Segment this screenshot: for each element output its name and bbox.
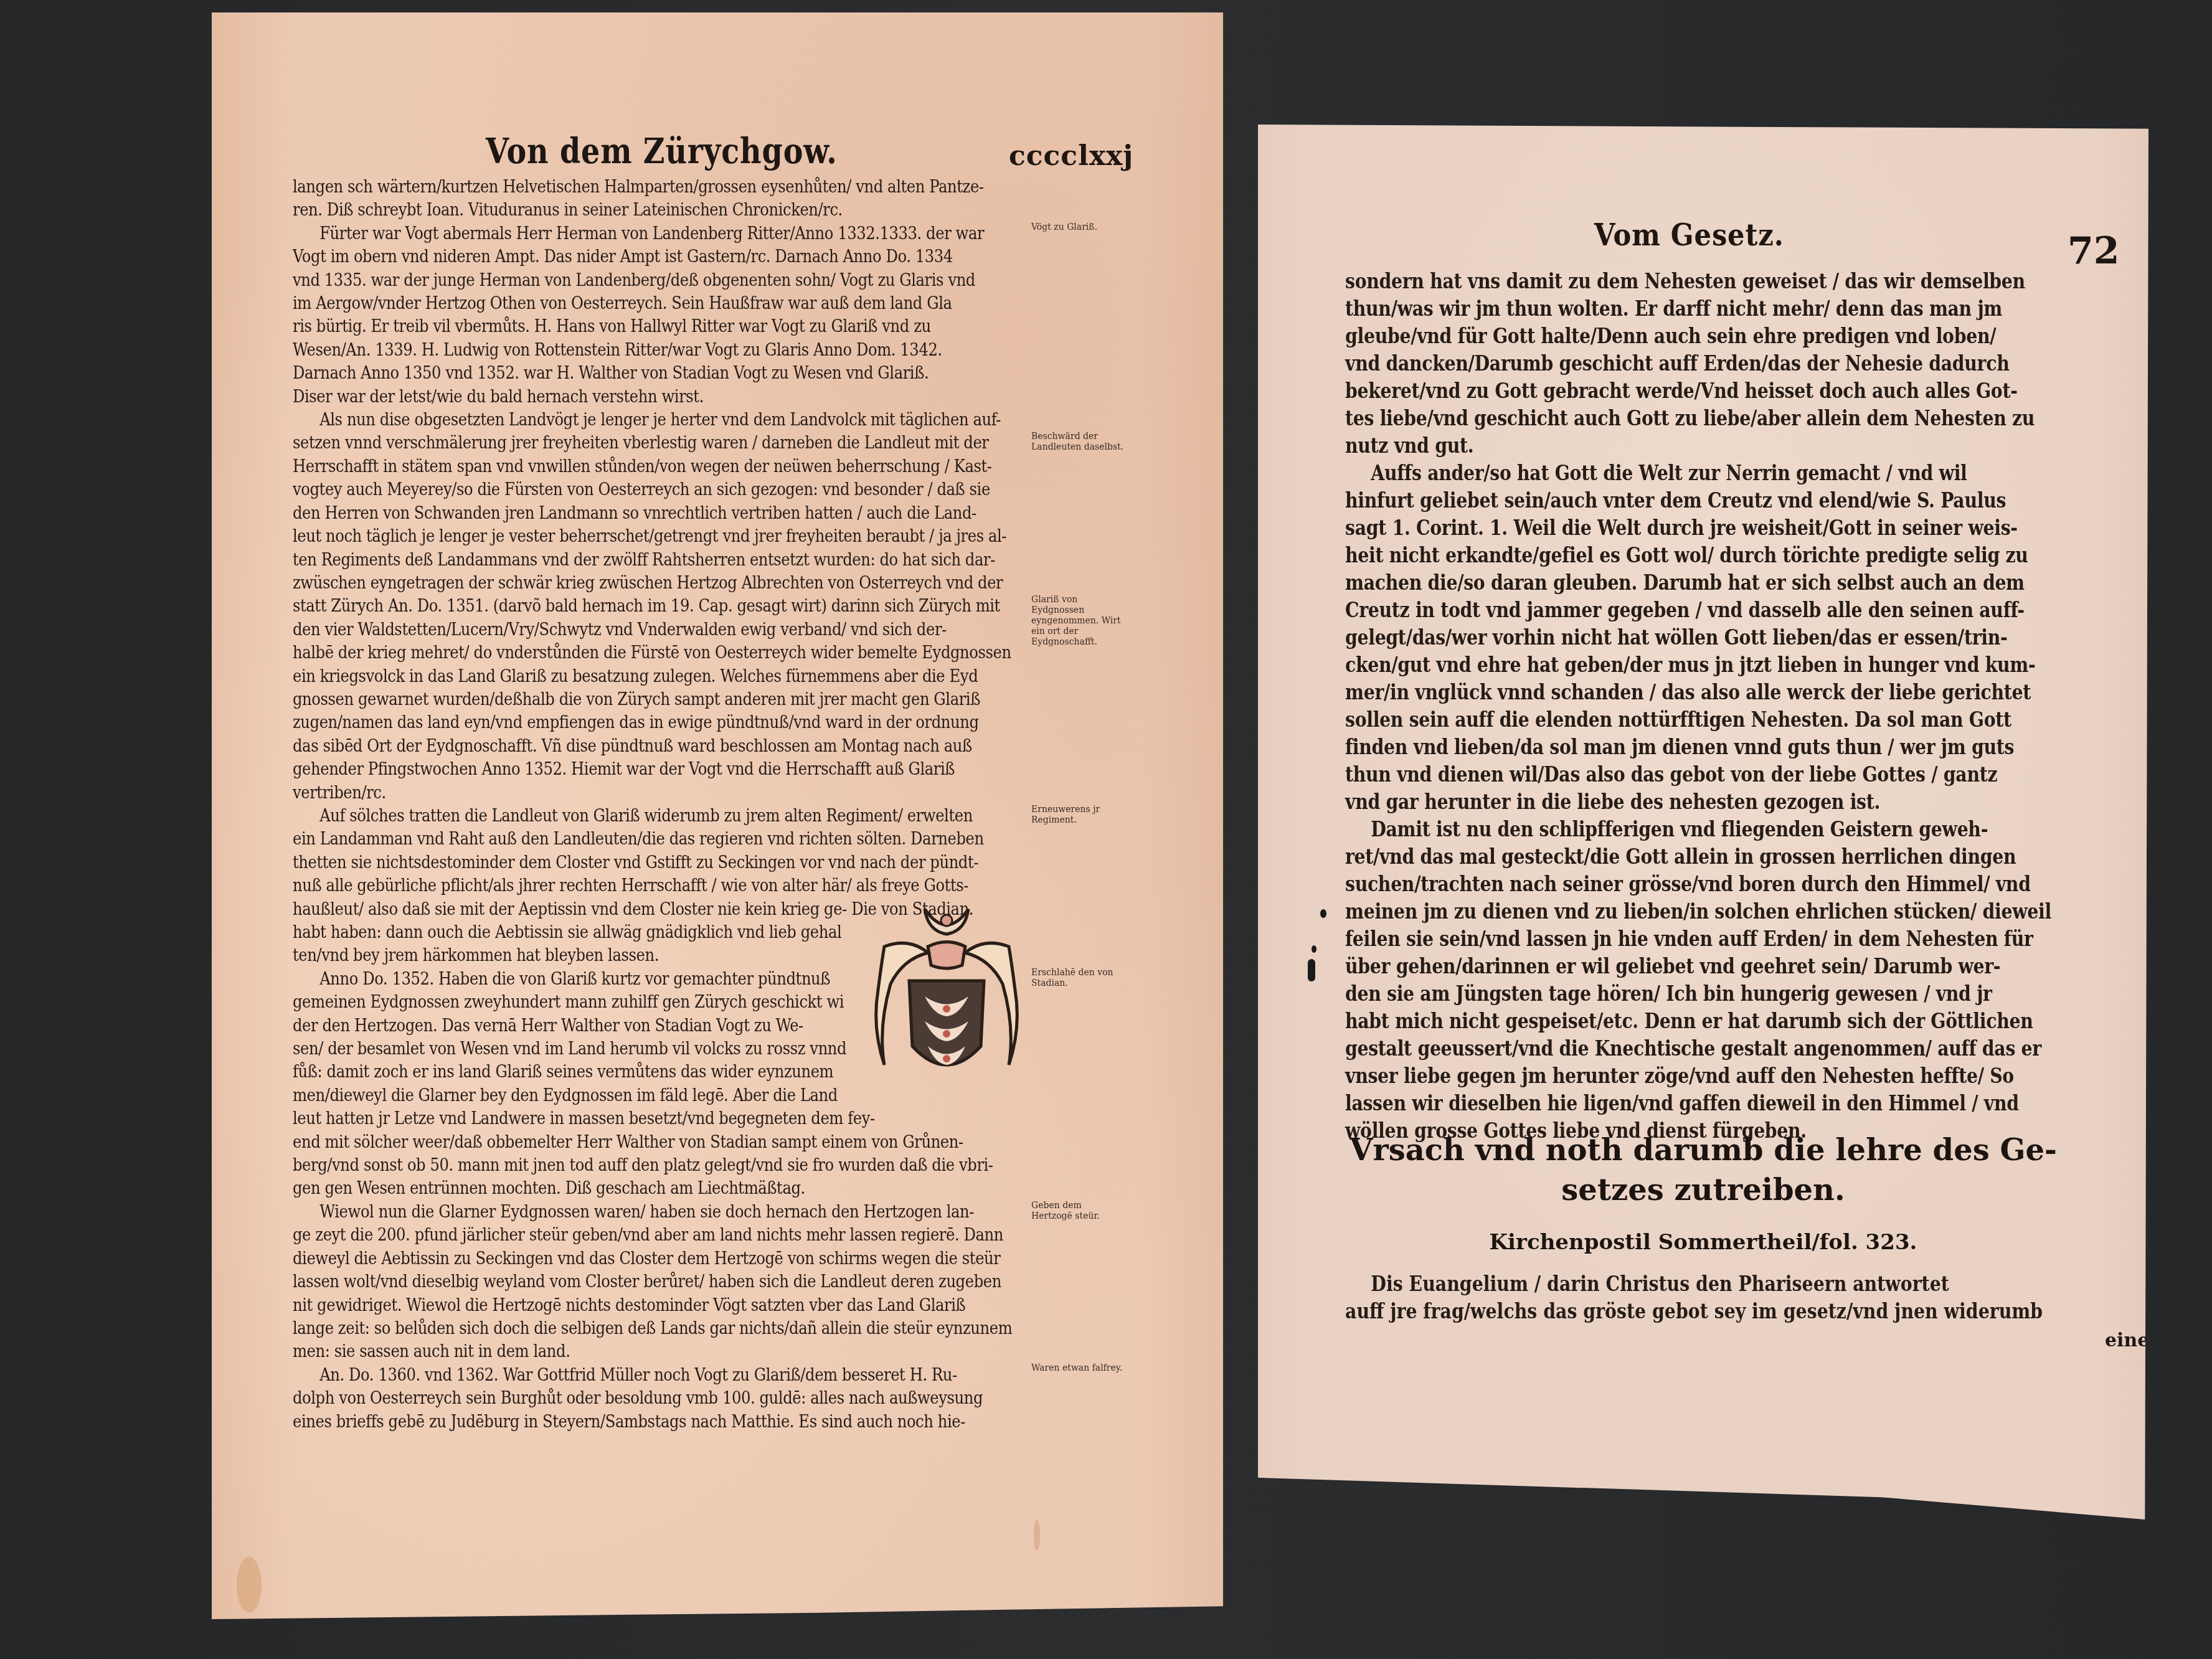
text-line: machen die/so daran gleuben. Darumb hat …	[1345, 569, 2031, 597]
text-line: mer/in vnglück vnnd schanden / das also …	[1345, 679, 2031, 706]
text-line: thun/was wir jm thun wolten. Er darff ni…	[1345, 295, 2031, 323]
folio-number: 72	[2068, 229, 2120, 273]
marginal-note: Beschwärd der Landleuten daselbst.	[1031, 432, 1125, 453]
text-line: An. Do. 1360. vnd 1362. War Gottfrid Mül…	[293, 1364, 1133, 1387]
text-line: ein Landamman vnd Raht auß den Landleute…	[293, 828, 1133, 851]
text-line: leut noch täglich je lenger je vester be…	[293, 525, 1133, 548]
text-line: ein kriegsvolck in das Land Glariß zu be…	[293, 665, 1133, 688]
text-line: bekeret/vnd zu Gott gebracht werde/Vnd h…	[1345, 377, 2031, 405]
marginal-note: Waren etwan falfrey.	[1031, 1363, 1125, 1374]
ink-spot	[1320, 909, 1326, 918]
text-line: den sie am Jüngsten tage hören/ Ich bin …	[1345, 980, 2031, 1008]
text-line: gen gen Wesen entrünnen mochten. Diß ges…	[293, 1177, 1133, 1200]
text-line: lassen wolt/vnd dieselbig weyland vom Cl…	[293, 1270, 1133, 1293]
text-line: den vier Waldstetten/Lucern/Vry/Schwytz …	[293, 618, 1133, 641]
text-line: cken/gut vnd ehre hat geben/der mus jn j…	[1345, 651, 2031, 679]
text-line: ten Regiments deß Landammans vnd der zwö…	[293, 549, 1133, 572]
text-line: gelegt/das/wer vorhin nicht hat wöllen G…	[1345, 624, 2031, 651]
text-line: leut hatten jr Letze vnd Landwere in mas…	[293, 1107, 1133, 1130]
text-line: Damit ist nu den schlipfferigen vnd flie…	[1345, 816, 2031, 843]
section-heading-line: setzes zutreiben.	[1258, 1170, 2148, 1210]
text-line: Fürter war Vogt abermals Herr Herman von…	[293, 222, 1133, 245]
text-line: im Aergow/vnder Hertzog Othen von Oester…	[293, 292, 1133, 315]
section-heading: Vrsach vnd noth darumb die lehre des Ge-…	[1258, 1130, 2148, 1210]
text-line: nuß alle gebürliche pflicht/als jhrer re…	[293, 874, 1133, 897]
text-line: thetten sie nichtsdestominder dem Closte…	[293, 851, 1133, 874]
text-line: Creutz in todt vnd jammer gegeben / vnd …	[1345, 597, 2031, 624]
text-line: dolph von Oesterreych sein Burghůt oder …	[293, 1387, 1133, 1410]
text-line: Auf sölches tratten die Landleut von Gla…	[293, 805, 1133, 828]
text-line: berg/vnd sonst ob 50. mann mit jnen tod …	[293, 1154, 1133, 1177]
text-line: vertriben/rc.	[293, 782, 1133, 805]
text-line: vnd dancken/Darumb geschicht auff Erden/…	[1345, 350, 2031, 377]
text-line: das sibēd Ort der Eydgnoschafft. Vñ dise…	[293, 735, 1133, 758]
right-book-leaf: Vom Gesetz. 72 sondern hat vns damit zu …	[1258, 125, 2148, 1520]
text-line: tes liebe/vnd geschicht auch Gott zu lie…	[1345, 405, 2031, 432]
source-reference: Kirchenpostil Sommertheil/fol. 323.	[1258, 1230, 2148, 1255]
ink-spot	[1312, 945, 1316, 953]
paper-stain	[1034, 1520, 1040, 1551]
text-line: den Herren von Schwanden jren Landmann s…	[293, 502, 1133, 525]
section-heading-line: Vrsach vnd noth darumb die lehre des Ge-	[1258, 1130, 2148, 1170]
marginal-note: Glariß von Eydgnossen eyngenommen. Wirt …	[1031, 595, 1125, 648]
text-line: lange zeit: so belůden sich doch die sel…	[293, 1317, 1133, 1340]
text-line: Herrschafft in stätem span vnd vnwillen …	[293, 455, 1133, 478]
closing-text: Dis Euangelium / darin Christus den Phar…	[1345, 1270, 2043, 1325]
catchword: eine	[2105, 1330, 2149, 1351]
marginal-note: Vögt zu Glariß.	[1031, 222, 1125, 233]
running-head: Vom Gesetz.	[1594, 218, 1784, 253]
text-line: Wesen/An. 1339. H. Ludwig von Rottenstei…	[293, 339, 1133, 362]
text-line: ret/vnd das mal gesteckt/die Gott allein…	[1345, 843, 2031, 871]
text-line: gleube/vnd für Gott halte/Denn auch sein…	[1345, 323, 2031, 350]
text-line: über gehen/darinnen er wil geliebet vnd …	[1345, 953, 2031, 980]
left-body-text: langen sch wärtern/kurtzen Helvetischen …	[293, 176, 1133, 1434]
text-line: halbē der krieg mehret/ do vnderstůnden …	[293, 641, 1133, 664]
left-book-leaf: Von dem Zürychgow. cccclxxj langen sch w…	[212, 12, 1223, 1619]
text-line: men: sie sassen auch nit in dem land.	[293, 1340, 1133, 1363]
text-line: Als nun dise obgesetzten Landvögt je len…	[293, 409, 1133, 432]
text-line: ge zeyt die 200. pfund järlicher steür g…	[293, 1224, 1133, 1247]
text-line: zwüschen eyngetragen der schwär krieg zw…	[293, 572, 1133, 595]
text-line: end mit sölcher weer/daß obbemelter Herr…	[293, 1131, 1133, 1154]
text-line: Darnach Anno 1350 vnd 1352. war H. Walth…	[293, 362, 1133, 385]
text-line: auff jre frag/welchs das gröste gebot se…	[1345, 1298, 2043, 1325]
text-line: ris bürtig. Er treib vil vbermůts. H. Ha…	[293, 315, 1133, 338]
text-line: dieweyl die Aebtissin zu Seckingen vnd d…	[293, 1247, 1133, 1270]
text-line: gestalt geeussert/vnd die Knechtische ge…	[1345, 1035, 2031, 1062]
right-body-text: sondern hat vns damit zu dem Nehesten ge…	[1345, 268, 2031, 1145]
coat-of-arms-icon	[866, 903, 1028, 1090]
text-line: vnd 1335. war der junge Herman von Lande…	[293, 269, 1133, 292]
text-line: Dis Euangelium / darin Christus den Phar…	[1345, 1270, 2043, 1298]
text-line: thun vnd dienen wil/Das also das gebot v…	[1345, 761, 2031, 788]
text-line: vogtey auch Meyerey/so die Fürsten von O…	[293, 478, 1133, 501]
text-line: zugen/namen das land eyn/vnd empfiengen …	[293, 711, 1133, 734]
text-line: setzen vnnd verschmälerung jrer freyheit…	[293, 432, 1133, 455]
text-line: Auffs ander/so hat Gott die Welt zur Ner…	[1345, 460, 2031, 487]
text-line: heit nicht erkandte/gefiel es Gott wol/ …	[1345, 542, 2031, 569]
text-line: nit gewidriget. Wiewol die Hertzogē nich…	[293, 1294, 1133, 1317]
marginal-note: Erschlahē den von Stadian.	[1031, 968, 1125, 989]
text-line: gehender Pfingstwochen Anno 1352. Hiemit…	[293, 758, 1133, 781]
text-line: statt Zürych An. Do. 1351. (darvõ bald h…	[293, 595, 1133, 618]
text-line: nutz vnd gut.	[1345, 432, 2031, 460]
text-line: Diser war der letst/wie du bald hernach …	[293, 385, 1133, 409]
text-line: eines brieffs gebē zu Judēburg in Steyer…	[293, 1411, 1133, 1434]
text-line: ren. Diß schreybt Ioan. Vituduranus in s…	[293, 199, 1133, 222]
text-line: sollen sein auff die elenden nottürfftig…	[1345, 706, 2031, 734]
paper-stain	[237, 1557, 262, 1613]
text-line: vnd gar herunter in die liebe des nehest…	[1345, 788, 2031, 816]
folio-number: cccclxxj	[1009, 140, 1133, 172]
ink-spot	[1308, 959, 1315, 981]
text-line: sagt 1. Corint. 1. Weil die Welt durch j…	[1345, 514, 2031, 542]
running-head: Von dem Zürychgow.	[486, 131, 838, 172]
text-line: lassen wir dieselben hie ligen/vnd gaffe…	[1345, 1090, 2031, 1117]
text-line: Vogt im obern vnd nideren Ampt. Das nide…	[293, 245, 1133, 268]
text-line: gnossen gewarnet wurden/deßhalb die von …	[293, 688, 1133, 711]
text-line: suchen/trachten nach seiner grösse/vnd b…	[1345, 871, 2031, 898]
text-line: meinen jm zu dienen vnd zu lieben/in sol…	[1345, 898, 2031, 925]
marginal-note: Erneuwerens jr Regiment.	[1031, 805, 1125, 826]
text-line: sondern hat vns damit zu dem Nehesten ge…	[1345, 268, 2031, 295]
text-line: Wiewol nun die Glarner Eydgnossen waren/…	[293, 1201, 1133, 1224]
woodcut-coat-of-arms	[866, 903, 1028, 1090]
text-line: feilen sie sein/vnd lassen jn hie vnden …	[1345, 925, 2031, 953]
text-line: habt mich nicht gespeiset/etc. Denn er h…	[1345, 1008, 2031, 1035]
text-line: finden vnd lieben/da sol man jm dienen v…	[1345, 734, 2031, 761]
text-line: langen sch wärtern/kurtzen Helvetischen …	[293, 176, 1133, 199]
text-line: hinfurt geliebet sein/auch vnter dem Cre…	[1345, 487, 2031, 514]
marginal-note: Geben dem Hertzogē steür.	[1031, 1201, 1125, 1222]
text-line: vnser liebe gegen jm herunter zöge/vnd a…	[1345, 1062, 2031, 1090]
